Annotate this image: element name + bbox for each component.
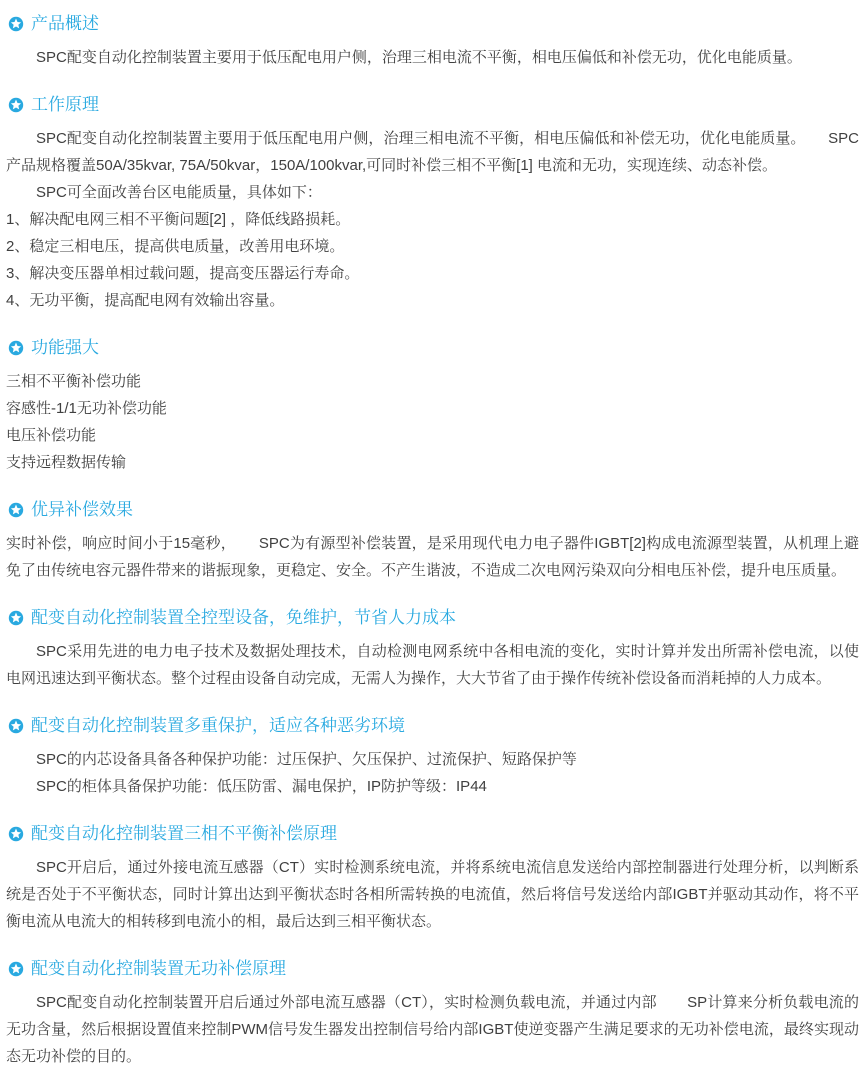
circled-star-icon bbox=[8, 610, 24, 626]
paragraph: SPC的柜体具备保护功能：低压防雷、漏电保护，IP防护等级：IP44 bbox=[6, 773, 859, 800]
section-title: 功能强大 bbox=[6, 338, 859, 358]
circled-star-icon bbox=[8, 961, 24, 977]
section-title: 配变自动化控制装置全控型设备，免维护，节省人力成本 bbox=[6, 608, 859, 628]
section-title-label: 工作原理 bbox=[31, 95, 99, 115]
list-item: 容感性-1/1无功补偿功能 bbox=[6, 395, 859, 422]
doc-section: 工作原理 SPC配变自动化控制装置主要用于低压配电用户侧，治理三相电流不平衡，相… bbox=[6, 95, 859, 314]
doc-section: 功能强大 三相不平衡补偿功能容感性-1/1无功补偿功能电压补偿功能支持远程数据传… bbox=[6, 338, 859, 476]
section-title-label: 优异补偿效果 bbox=[31, 500, 133, 520]
section-title-label: 配变自动化控制装置三相不平衡补偿原理 bbox=[31, 824, 337, 844]
list-item: 1、解决配电网三相不平衡问题[2] ，降低线路损耗。 bbox=[6, 206, 859, 233]
doc-section: 配变自动化控制装置三相不平衡补偿原理 SPC开启后，通过外接电流互感器（CT）实… bbox=[6, 824, 859, 935]
paragraph: SPC配变自动化控制装置开启后通过外部电流互感器（CT），实时检测负载电流，并通… bbox=[6, 989, 859, 1070]
section-body: SPC配变自动化控制装置开启后通过外部电流互感器（CT），实时检测负载电流，并通… bbox=[6, 989, 859, 1070]
section-body: 实时补偿，响应时间小于15毫秒， SPC为有源型补偿装置，是采用现代电力电子器件… bbox=[6, 530, 859, 584]
section-body: SPC配变自动化控制装置主要用于低压配电用户侧，治理三相电流不平衡，相电压偏低和… bbox=[6, 44, 859, 71]
paragraph: SPC开启后，通过外接电流互感器（CT）实时检测系统电流，并将系统电流信息发送给… bbox=[6, 854, 859, 935]
section-title-label: 配变自动化控制装置多重保护，适应各种恶劣环境 bbox=[31, 716, 405, 736]
section-body: SPC的内芯设备具备各种保护功能：过压保护、欠压保护、过流保护、短路保护等SPC… bbox=[6, 746, 859, 800]
section-title: 配变自动化控制装置无功补偿原理 bbox=[6, 959, 859, 979]
paragraph: SPC的内芯设备具备各种保护功能：过压保护、欠压保护、过流保护、短路保护等 bbox=[6, 746, 859, 773]
circled-star-icon bbox=[8, 16, 24, 32]
list-item: 2、稳定三相电压，提高供电质量，改善用电环境。 bbox=[6, 233, 859, 260]
list-item: 三相不平衡补偿功能 bbox=[6, 368, 859, 395]
section-title: 优异补偿效果 bbox=[6, 500, 859, 520]
section-title-label: 配变自动化控制装置无功补偿原理 bbox=[31, 959, 286, 979]
circled-star-icon bbox=[8, 718, 24, 734]
section-body: SPC配变自动化控制装置主要用于低压配电用户侧，治理三相电流不平衡，相电压偏低和… bbox=[6, 125, 859, 314]
paragraph: SPC可全面改善台区电能质量，具体如下： bbox=[6, 179, 859, 206]
list-item: 支持远程数据传输 bbox=[6, 449, 859, 476]
section-title-label: 功能强大 bbox=[31, 338, 99, 358]
doc-section: 配变自动化控制装置无功补偿原理 SPC配变自动化控制装置开启后通过外部电流互感器… bbox=[6, 959, 859, 1070]
section-title-label: 产品概述 bbox=[31, 14, 99, 34]
circled-star-icon bbox=[8, 502, 24, 518]
doc-section: 配变自动化控制装置多重保护，适应各种恶劣环境 SPC的内芯设备具备各种保护功能：… bbox=[6, 716, 859, 800]
section-title: 产品概述 bbox=[6, 14, 859, 34]
paragraph: SPC采用先进的电力电子技术及数据处理技术，自动检测电网系统中各相电流的变化，实… bbox=[6, 638, 859, 692]
list-item: 3、解决变压器单相过载问题，提高变压器运行寿命。 bbox=[6, 260, 859, 287]
list-item: 4、无功平衡，提高配电网有效输出容量。 bbox=[6, 287, 859, 314]
section-title: 配变自动化控制装置三相不平衡补偿原理 bbox=[6, 824, 859, 844]
article: 产品概述 SPC配变自动化控制装置主要用于低压配电用户侧，治理三相电流不平衡，相… bbox=[0, 0, 867, 1080]
section-body: 三相不平衡补偿功能容感性-1/1无功补偿功能电压补偿功能支持远程数据传输 bbox=[6, 368, 859, 476]
section-body: SPC开启后，通过外接电流互感器（CT）实时检测系统电流，并将系统电流信息发送给… bbox=[6, 854, 859, 935]
paragraph: SPC配变自动化控制装置主要用于低压配电用户侧，治理三相电流不平衡，相电压偏低和… bbox=[6, 125, 859, 179]
doc-section: 优异补偿效果 实时补偿，响应时间小于15毫秒， SPC为有源型补偿装置，是采用现… bbox=[6, 500, 859, 584]
paragraph: 实时补偿，响应时间小于15毫秒， SPC为有源型补偿装置，是采用现代电力电子器件… bbox=[6, 530, 859, 584]
list-item: 电压补偿功能 bbox=[6, 422, 859, 449]
circled-star-icon bbox=[8, 340, 24, 356]
section-body: SPC采用先进的电力电子技术及数据处理技术，自动检测电网系统中各相电流的变化，实… bbox=[6, 638, 859, 692]
doc-section: 产品概述 SPC配变自动化控制装置主要用于低压配电用户侧，治理三相电流不平衡，相… bbox=[6, 14, 859, 71]
circled-star-icon bbox=[8, 97, 24, 113]
paragraph: SPC配变自动化控制装置主要用于低压配电用户侧，治理三相电流不平衡，相电压偏低和… bbox=[6, 44, 859, 71]
section-title: 配变自动化控制装置多重保护，适应各种恶劣环境 bbox=[6, 716, 859, 736]
doc-section: 配变自动化控制装置全控型设备，免维护，节省人力成本 SPC采用先进的电力电子技术… bbox=[6, 608, 859, 692]
section-title-label: 配变自动化控制装置全控型设备，免维护，节省人力成本 bbox=[31, 608, 456, 628]
section-title: 工作原理 bbox=[6, 95, 859, 115]
circled-star-icon bbox=[8, 826, 24, 842]
